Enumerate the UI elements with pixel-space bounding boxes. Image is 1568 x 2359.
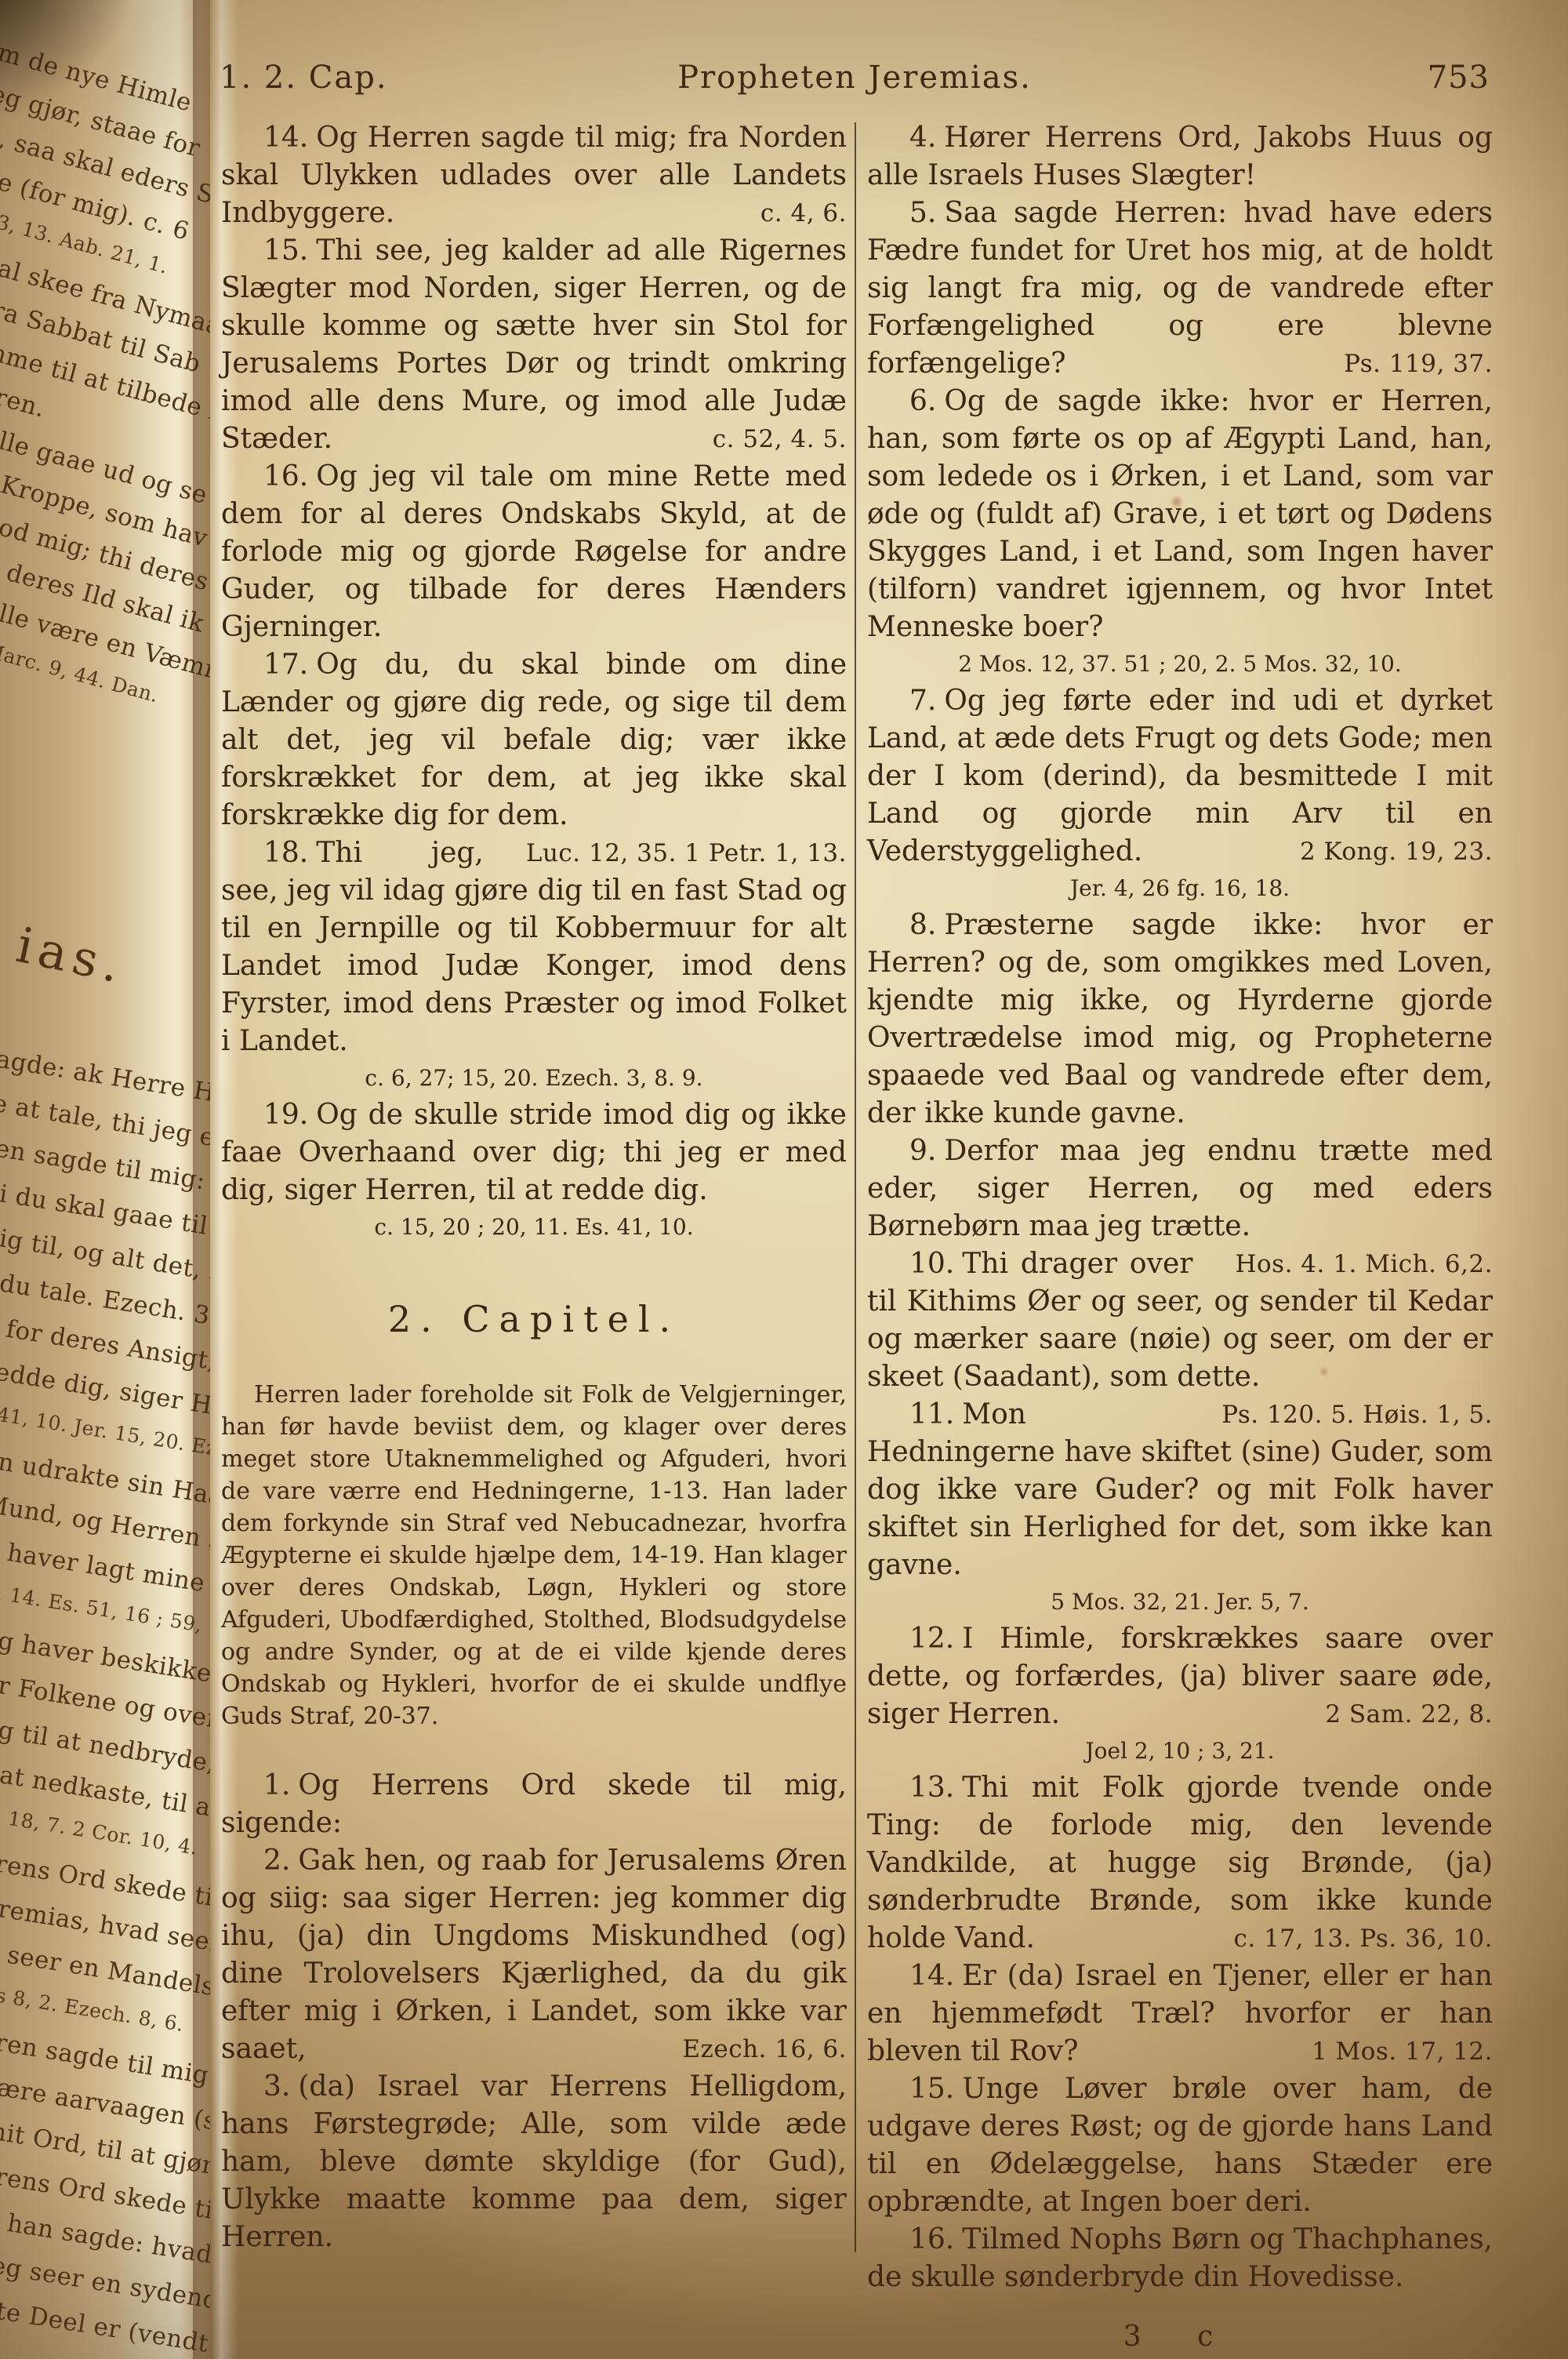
- verse-number: 13.: [909, 1772, 962, 1804]
- cross-reference: Ezech. 16, 6.: [640, 2030, 847, 2068]
- cross-reference-centered: 5 Mos. 32, 21. Jer. 5, 7.: [867, 1584, 1493, 1620]
- verse: 5.Saa sagde Herren: hvad have eders Fædr…: [867, 194, 1493, 383]
- cross-reference: 2 Kong. 19, 23.: [1258, 833, 1493, 871]
- page-number: 753: [1428, 60, 1490, 96]
- verse-number: 18.: [263, 837, 316, 869]
- verse-number: 6.: [909, 385, 944, 417]
- cross-reference: 2 Sam. 22, 8.: [1283, 1696, 1493, 1733]
- spine-text-fragment: ias.: [12, 916, 131, 995]
- verse-number: 8.: [909, 909, 944, 941]
- verse: 19.Og de skulle stride imod dig og ikke …: [221, 1096, 847, 1209]
- page-753: 1. 2. Cap. Propheten Jeremias. 753 14.Og…: [210, 0, 1568, 2359]
- verse-number: 9.: [909, 1135, 944, 1167]
- verse: 14.Er (da) Israel en Tjener, eller er ha…: [867, 1957, 1493, 2070]
- verse: 14.Og Herren sagde til mig; fra Norden s…: [221, 119, 847, 232]
- verse-number: 3.: [263, 2070, 298, 2103]
- verse-number: 14.: [263, 122, 316, 154]
- verse: 7.Og jeg førte eder ind udi et dyrket La…: [867, 682, 1493, 871]
- verse: 17.Og du, du skal binde om dine Lænder o…: [221, 646, 847, 834]
- verse-number: 2.: [263, 1845, 298, 1877]
- verse-number: 15.: [263, 234, 316, 267]
- cross-reference: c. 4, 6.: [718, 194, 847, 232]
- spine-text-fragment: rren.: [0, 380, 49, 423]
- verse-number: 7.: [909, 685, 944, 717]
- chapter-heading: 2. Capitel.: [221, 1300, 847, 1338]
- verse: 1.Og Herrens Ord skede til mig, sigende:: [221, 1767, 847, 1842]
- chapter1-verses: 14.Og Herren sagde til mig; fra Norden s…: [221, 119, 847, 1245]
- chapter2-verses: 1.Og Herrens Ord skede til mig, sigende:…: [221, 1767, 847, 2256]
- verse: 3.(da) Israel var Herrens Helligdom, han…: [221, 2068, 847, 2256]
- cross-reference-centered: c. 6, 27; 15, 20. Ezech. 3, 8. 9.: [221, 1060, 847, 1096]
- verse: 8.Præsterne sagde ikke: hvor er Herren? …: [867, 907, 1493, 1132]
- verse: 15.Thi see, jeg kalder ad alle Rigernes …: [221, 232, 847, 458]
- verse: 6.Og de sagde ikke: hvor er Herren, han,…: [867, 383, 1493, 646]
- verse: 2.Gak hen, og raab for Jerusalems Øren o…: [221, 1842, 847, 2068]
- cross-reference: c. 17, 13. Ps. 36, 10.: [1192, 1920, 1493, 1957]
- cross-reference: Hos. 4. 1. Mich. 6,2.: [1192, 1245, 1493, 1283]
- header-book-title: Propheten Jeremias.: [220, 60, 1490, 96]
- cross-reference-centered: 2 Mos. 12, 37. 51 ; 20, 2. 5 Mos. 32, 10…: [867, 646, 1493, 682]
- cross-reference-centered: Jer. 4, 26 fg. 16, 18.: [867, 871, 1493, 907]
- verse-number: 14.: [909, 1960, 962, 1992]
- previous-page-edge: om de nye Himlejeg gjør, staae forn, saa…: [0, 0, 210, 2359]
- paper-stain: [1319, 1366, 1329, 1377]
- cross-reference-centered: Joel 2, 10 ; 3, 21.: [867, 1733, 1493, 1769]
- verse-number: 5.: [909, 197, 944, 229]
- verse: 9.Derfor maa jeg endnu trætte med eder, …: [867, 1132, 1493, 1245]
- chapter-summary: Herren lader foreholde sit Folk de Velgj…: [221, 1379, 847, 1732]
- verse-number: 16.: [909, 2223, 962, 2255]
- verse-number: 16.: [263, 460, 316, 493]
- cross-reference-centered: c. 15, 20 ; 20, 11. Es. 41, 10.: [221, 1209, 847, 1245]
- cross-reference: c. 52, 4. 5.: [670, 420, 847, 458]
- signature-mark: 3 c: [867, 2318, 1493, 2356]
- verse-number: 1.: [263, 1769, 298, 1801]
- cross-reference: Ps. 120. 5. Høis. 1, 5.: [1179, 1396, 1493, 1434]
- cross-reference: Ps. 119, 37.: [1301, 345, 1493, 383]
- chapter2-verses-continued: 4.Hører Herrens Ord, Jakobs Huus og alle…: [867, 119, 1493, 2296]
- book-page-photo: om de nye Himlejeg gjør, staae forn, saa…: [0, 0, 1568, 2359]
- verse-number: 10.: [909, 1248, 962, 1280]
- left-column: 14.Og Herren sagde til mig; fra Norden s…: [221, 119, 847, 2256]
- verse: 15.Unge Løver brøle over ham, de udgave …: [867, 2070, 1493, 2221]
- verse-number: 19.: [263, 1099, 316, 1131]
- cross-reference: Luc. 12, 35. 1 Petr. 1, 13.: [484, 834, 847, 872]
- verse-number: 4.: [909, 122, 944, 154]
- verse-number: 15.: [909, 2073, 962, 2105]
- page-header: 1. 2. Cap. Propheten Jeremias. 753: [220, 60, 1490, 104]
- paper-stain: [1171, 494, 1183, 510]
- verse: 13.Thi mit Folk gjorde tvende onde Ting:…: [867, 1769, 1493, 1957]
- verse-number: 12.: [909, 1623, 962, 1655]
- cross-reference: 1 Mos. 17, 12.: [1269, 2033, 1493, 2070]
- verse-number: 11.: [909, 1398, 962, 1430]
- verse: 12.I Himle, forskrækkes saare over dette…: [867, 1620, 1493, 1733]
- verse-number: 17.: [263, 649, 316, 681]
- right-column: 4.Hører Herrens Ord, Jakobs Huus og alle…: [867, 119, 1493, 2356]
- verse: 4.Hører Herrens Ord, Jakobs Huus og alle…: [867, 119, 1493, 194]
- column-divider-rule: [855, 122, 856, 2252]
- verse: 16.Tilmed Nophs Børn og Thachphanes, de …: [867, 2221, 1493, 2296]
- verse: 16.Og jeg vil tale om mine Rette med dem…: [221, 458, 847, 646]
